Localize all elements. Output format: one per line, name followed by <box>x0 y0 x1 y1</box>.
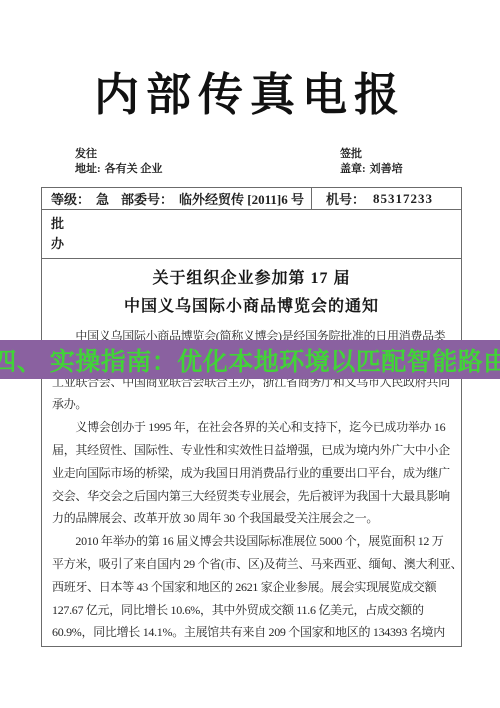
approval-char-2: 办 <box>51 237 461 251</box>
body-line: 业走向国际市场的桥梁，成为我国日用消费品行业的重要出口平台，成为继广 <box>52 462 451 485</box>
sign-label: 签批 <box>340 147 403 162</box>
body-line: 届，其经贸性、国际性、专业性和实效性日益增强，已成为境内外广大中小企 <box>52 439 451 462</box>
body-line: 力的品牌展会、改革开放 30 周年 30 个我国最受关注展会之一。 <box>52 507 451 530</box>
doc-no-label: 部委号： <box>121 189 173 208</box>
fax-form-table: 等级：急部委号：临外经贸传 [2011]6 号 机号：85317233 批 办 … <box>41 187 462 647</box>
machine-no-label: 机号： <box>326 189 365 208</box>
body-line: 60.9%，同比增长 14.1%。主展馆共有来自 209 个国家和地区的 134… <box>52 621 451 644</box>
machine-no-value: 85317233 <box>373 191 433 207</box>
address-line: 地址:各有关 企业 <box>75 162 162 177</box>
seal-line: 盖章:刘善培 <box>340 162 403 177</box>
seal-value: 刘善培 <box>370 163 403 175</box>
body-line: 西班牙、日本等 43 个国家和地区的 2621 家企业参展。展会实现展览成交额 <box>52 576 451 599</box>
seal-label: 盖章: <box>340 163 366 175</box>
fax-document-page: 内部传真电报 发往 地址:各有关 企业 签批 盖章:刘善培 等级：急部委号：临外… <box>0 0 500 708</box>
notice-title-line2: 中国义乌国际小商品博览会的通知 <box>42 293 461 321</box>
grade-cell: 等级：急部委号：临外经贸传 [2011]6 号 <box>42 188 312 209</box>
body-line: 交会、华交会之后国内第三大经贸类专业展会，先后被评为我国十大最具影响 <box>52 485 451 508</box>
body-line: 2010 年举办的第 16 届义博会共设国际标准展位 5000 个，展览面积 1… <box>52 530 451 553</box>
send-to-label: 发往 <box>75 147 162 162</box>
body-line: 义博会创办于 1995 年，在社会各界的关心和支持下，迄今已成功举办 16 <box>52 416 451 439</box>
document-title: 内部传真电报 <box>0 58 500 123</box>
notice-content-cell: 关于组织企业参加第 17 届 中国义乌国际小商品博览会的通知 中国义乌国际小商品… <box>42 258 461 646</box>
approval-sign-block: 签批 盖章:刘善培 <box>340 147 403 177</box>
body-line: 平方米，吸引了来自国内 29 个省(市、区)及荷兰、马来西亚、缅甸、澳大利亚、 <box>52 553 451 576</box>
body-line: 承办。 <box>52 393 451 416</box>
green-caption-overlay: 四、 实操指南：优化本地环境以匹配智能路由 <box>0 340 500 379</box>
grade-row: 等级：急部委号：临外经贸传 [2011]6 号 机号：85317233 <box>42 188 461 209</box>
doc-no-value: 临外经贸传 [2011]6 号 <box>179 189 304 208</box>
grade-label: 等级： <box>51 189 90 208</box>
address-label: 地址: <box>75 163 101 175</box>
machine-no-cell: 机号：85317233 <box>312 189 461 208</box>
body-line: 127.67 亿元，同比增长 10.6%，其中外贸成交额 11.6 亿美元，占成… <box>52 599 451 622</box>
approval-handling-cell: 批 办 <box>42 209 461 258</box>
recipient-block: 发往 地址:各有关 企业 <box>75 147 162 177</box>
notice-title-line1: 关于组织企业参加第 17 届 <box>42 265 461 293</box>
address-value: 各有关 企业 <box>105 163 163 175</box>
approval-char-1: 批 <box>51 217 461 231</box>
grade-value: 急 <box>96 189 109 208</box>
